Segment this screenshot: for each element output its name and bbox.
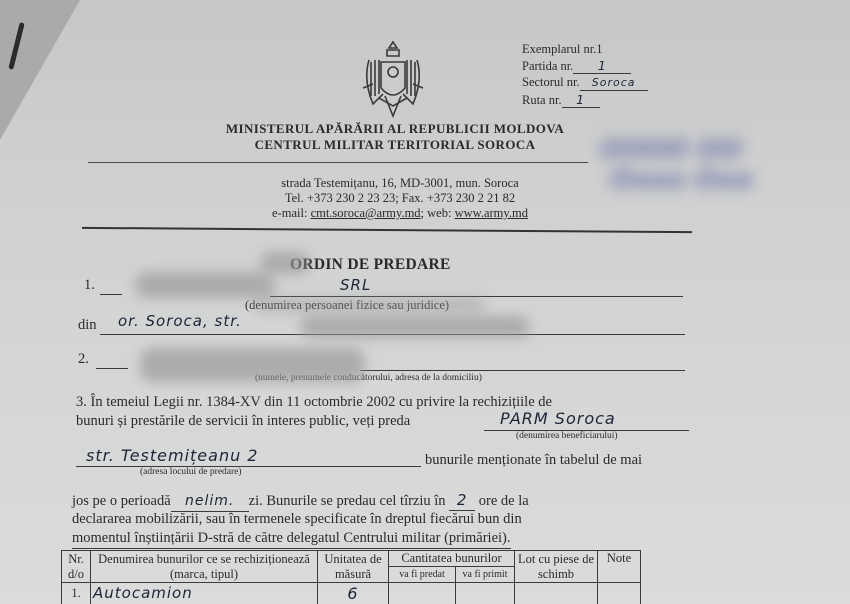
- period-prefix: jos pe o perioadă: [72, 493, 171, 509]
- exemplar-label: Exemplarul nr.1: [522, 42, 648, 57]
- cell-denumire: Autocamion: [91, 583, 318, 604]
- redaction: [300, 316, 530, 338]
- header-predat: va fi predat: [389, 567, 456, 583]
- partida-label: Partida nr.: [522, 59, 573, 73]
- paragraph-3-line-1: 3. În temeiul Legii nr. 1384-XV din 11 o…: [76, 393, 552, 412]
- header-denumire: Denumirea bunurilor ce se rechiziționeaz…: [91, 551, 318, 583]
- cell-unitate: 6: [318, 583, 389, 604]
- field-1-line: [270, 296, 683, 297]
- sector-value: Soroca: [580, 75, 648, 91]
- header-nr: Nr. d/o: [62, 551, 91, 583]
- redaction: [260, 252, 310, 274]
- table-header-row: Nr. d/o Denumirea bunurilor ce se rechiz…: [62, 551, 641, 567]
- email-link[interactable]: cmt.soroca@army.md: [311, 206, 421, 220]
- header-unitate: Unitatea de măsură: [318, 551, 389, 583]
- delivery-address-caption: (adresa locului de predare): [140, 467, 242, 477]
- center-name: CENTRUL MILITAR TERITORIAL SOROCA: [195, 137, 595, 153]
- period-mid: zi. Bunurile se predau cel tîrziu în: [249, 493, 446, 509]
- coat-of-arms-icon: [355, 38, 431, 120]
- beneficiary-value: PARM Soroca: [500, 409, 616, 428]
- delivery-address-value: str. Testemițeanu 2: [86, 446, 258, 465]
- redaction: [140, 348, 365, 382]
- paragraph-3-line-2: bunuri și prestările de servicii în inte…: [76, 412, 410, 431]
- field-2-number: 2.: [78, 350, 89, 369]
- paragraph-3-line-5: declararea mobilizării, sau în termenele…: [72, 510, 522, 529]
- document-page: Exemplarul nr.1 Partida nr.1 Sectorul nr…: [0, 0, 850, 604]
- field-1-value: SRL: [340, 276, 371, 294]
- din-value: or. Soroca, str.: [118, 312, 242, 330]
- partida-value: 1: [573, 58, 631, 74]
- phone-fax: Tel. +373 230 2 23 23; Fax. +373 230 2 2…: [220, 191, 580, 206]
- header-cantitate: Cantitatea bunurilor: [389, 551, 515, 567]
- ministry-name: MINISTERUL APĂRĂRII AL REPUBLICII MOLDOV…: [195, 121, 595, 137]
- hours-value: 2: [449, 491, 475, 511]
- paragraph-3-line-4: jos pe o perioadănelim.zi. Bunurile se p…: [72, 491, 529, 512]
- cell-lot: [515, 583, 598, 604]
- delivery-address-line: [76, 466, 421, 467]
- sector-label: Sectorul nr.: [522, 75, 580, 89]
- letterhead-divider: [82, 227, 692, 233]
- header-rule: [88, 162, 588, 163]
- document-title: ORDIN DE PREDARE: [290, 256, 451, 274]
- address: strada Testemițanu, 16, MD-3001, mun. So…: [220, 176, 580, 191]
- web-label: ; web:: [421, 206, 452, 220]
- cell-note: [598, 583, 641, 604]
- din-label: din: [78, 316, 97, 335]
- ruta-value: 1: [562, 92, 600, 108]
- period-suffix: ore de la: [479, 493, 529, 509]
- goods-table: Nr. d/o Denumirea bunurilor ce se rechiz…: [61, 550, 641, 604]
- contact-block: strada Testemițanu, 16, MD-3001, mun. So…: [220, 176, 580, 221]
- beneficiary-caption: (denumirea beneficiarului): [516, 431, 618, 441]
- cell-primit: [456, 583, 515, 604]
- cell-predat: [389, 583, 456, 604]
- email-label: e-mail:: [272, 206, 307, 220]
- letterhead-title: MINISTERUL APĂRĂRII AL REPUBLICII MOLDOV…: [195, 121, 595, 153]
- cell-nr: 1.: [62, 583, 91, 604]
- paragraph-3-line-3: bunurile menționate în tabelul de mai: [425, 451, 642, 470]
- header-note: Note: [598, 551, 641, 583]
- field-1-line-start: [100, 294, 122, 295]
- header-lot: Lot cu piese de schimb: [515, 551, 598, 583]
- header-primit: va fi primit: [456, 567, 515, 583]
- field-1-number: 1.: [84, 276, 95, 295]
- table-row: 1. Autocamion 6: [62, 583, 641, 604]
- field-2-line-start: [96, 368, 128, 369]
- redaction: [255, 298, 485, 312]
- redaction: [135, 272, 275, 298]
- period-value: nelim.: [171, 492, 249, 512]
- blurred-stamp: ОООО ОООооо Ооо: [600, 135, 753, 195]
- web-link[interactable]: www.army.md: [455, 206, 528, 220]
- ruta-label: Ruta nr.: [522, 93, 562, 107]
- paragraph-3-line-6: momentul înștiințării D-stră de către de…: [72, 529, 511, 549]
- copy-block: Exemplarul nr.1 Partida nr.1 Sectorul nr…: [522, 42, 648, 108]
- field-2-line: [360, 370, 685, 371]
